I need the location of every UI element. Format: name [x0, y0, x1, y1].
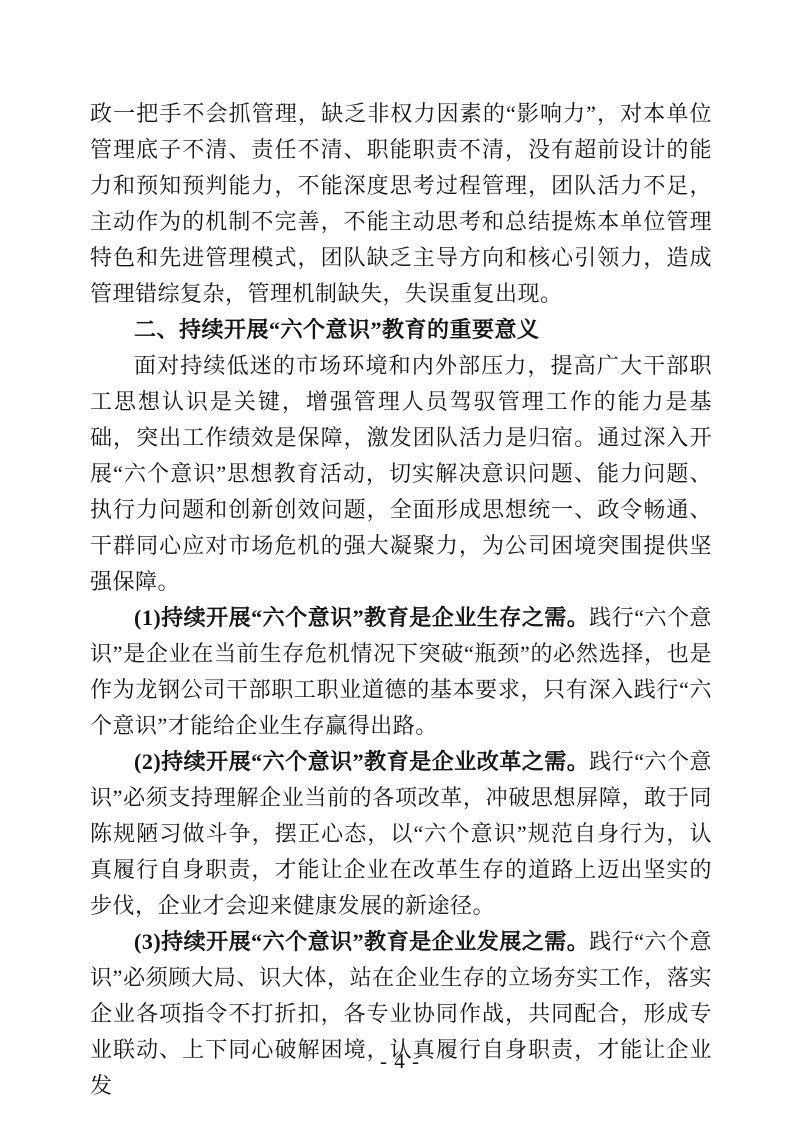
continuation-paragraph: 政一把手不会抓管理，缺乏非权力因素的“影响力”，对本单位管理底子不清、责任不清、…	[90, 96, 712, 312]
point-paragraph-3: (3)持续开展“六个意识”教育是企业发展之需。践行“六个意识”必须顾大局、识大体…	[90, 924, 712, 1104]
point-2-body: 践行“六个意识”必须支持理解企业当前的各项改革，冲破思想屏障，敢于同陈规陋习做斗…	[90, 749, 712, 918]
point-paragraph-2: (2)持续开展“六个意识”教育是企业改革之需。践行“六个意识”必须支持理解企业当…	[90, 744, 712, 924]
point-3-lead: (3)持续开展“六个意识”教育是企业发展之需。	[134, 929, 589, 954]
document-page: 政一把手不会抓管理，缺乏非权力因素的“影响力”，对本单位管理底子不清、责任不清、…	[0, 0, 800, 1132]
document-body: 政一把手不会抓管理，缺乏非权力因素的“影响力”，对本单位管理底子不清、责任不清、…	[90, 96, 712, 1104]
point-1-lead: (1)持续开展“六个意识”教育是企业生存之需。	[134, 605, 589, 630]
point-paragraph-1: (1)持续开展“六个意识”教育是企业生存之需。践行“六个意识”是企业在当前生存危…	[90, 600, 712, 744]
page-number: - 4 -	[0, 1046, 800, 1076]
point-2-lead: (2)持续开展“六个意识”教育是企业改革之需。	[134, 749, 589, 774]
section-heading: 二、持续开展“六个意识”教育的重要意义	[90, 312, 712, 348]
intro-paragraph: 面对持续低迷的市场环境和内外部压力，提高广大干部职工思想认识是关键，增强管理人员…	[90, 348, 712, 600]
